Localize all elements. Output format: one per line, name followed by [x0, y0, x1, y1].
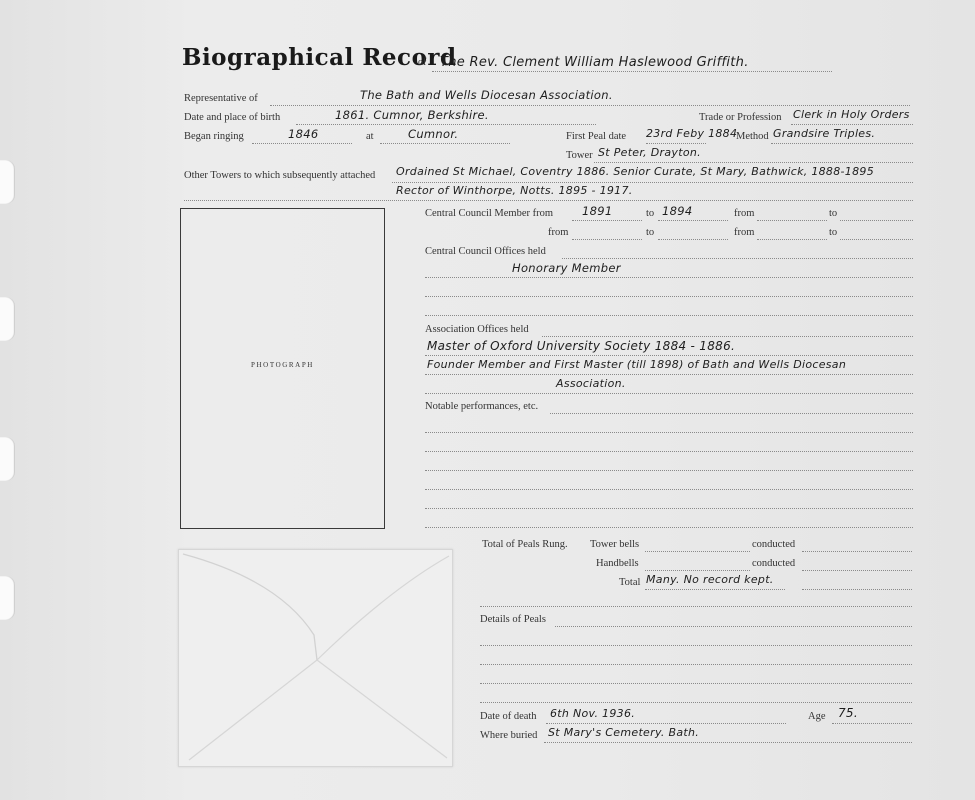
name-line	[432, 71, 832, 72]
total-label: Total	[619, 577, 640, 588]
total-line-2	[802, 589, 912, 590]
total-value: Many. No record kept.	[646, 573, 774, 586]
began-year: 1846	[288, 127, 318, 141]
method-value: Grandsire Triples.	[773, 127, 875, 140]
photograph-label: PHOTOGRAPH	[181, 361, 384, 369]
association-value-2: Founder Member and First Master (till 18…	[427, 358, 846, 371]
council-to-label-2: to	[829, 208, 837, 219]
birth-value: 1861. Cumnor, Berkshire.	[335, 108, 489, 122]
binder-hole	[0, 160, 15, 204]
notable-line	[425, 508, 913, 509]
notable-line	[425, 489, 913, 490]
first-peal-label: First Peal date	[566, 131, 626, 142]
date-of-death-line	[546, 723, 786, 724]
notable-line	[425, 470, 913, 471]
photo-envelope	[178, 549, 453, 767]
council-from-label-4: from	[734, 227, 754, 238]
where-buried-value: St Mary's Cemetery. Bath.	[548, 726, 699, 739]
council-to-label-4: to	[829, 227, 837, 238]
council-from-label-3: from	[548, 227, 568, 238]
association-value-1: Master of Oxford University Society 1884…	[427, 339, 735, 353]
notable-line	[550, 413, 913, 414]
date-of-death-label: Date of death	[480, 711, 537, 722]
first-peal-date: 23rd Feby 1884	[646, 127, 737, 140]
council-from-line-3	[572, 239, 642, 240]
association-offices-label: Association Offices held	[425, 324, 529, 335]
peals-line	[480, 606, 912, 607]
association-value-3: Association.	[556, 377, 626, 390]
photograph-box: PHOTOGRAPH	[180, 208, 385, 529]
council-to-label-1: to	[646, 208, 654, 219]
other-towers-value-2: Rector of Winthorpe, Notts. 1895 - 1917.	[396, 184, 633, 197]
council-from-line-1	[572, 220, 642, 221]
representative-line	[270, 105, 910, 106]
tower-bells-conducted-line	[802, 551, 912, 552]
details-line	[480, 683, 912, 684]
representative-label: Representative of	[184, 93, 258, 104]
representative-value: The Bath and Wells Diocesan Association.	[360, 88, 613, 102]
notable-label: Notable performances, etc.	[425, 401, 538, 412]
other-towers-value-1: Ordained St Michael, Coventry 1886. Seni…	[396, 165, 874, 178]
where-buried-line	[544, 742, 912, 743]
envelope-flap-icon	[179, 550, 452, 766]
notable-line	[425, 432, 913, 433]
council-offices-line-4	[425, 315, 913, 316]
notable-line	[425, 451, 913, 452]
council-from-line-2	[757, 220, 827, 221]
council-member-label: Central Council Member from	[425, 208, 553, 219]
birth-line	[296, 124, 596, 125]
tower-bells-line	[645, 551, 750, 552]
method-label: Method	[736, 131, 769, 142]
age-value: 75.	[838, 706, 858, 720]
date-of-death-value: 6th Nov. 1936.	[550, 707, 635, 720]
council-offices-line-2	[425, 277, 913, 278]
notable-line	[425, 527, 913, 528]
association-line-3	[425, 374, 913, 375]
handbells-conducted-label: conducted	[752, 558, 795, 569]
council-from-1: 1891	[582, 204, 612, 218]
association-line-1	[542, 336, 913, 337]
council-to-line-1	[658, 220, 728, 221]
council-offices-value: Honorary Member	[512, 261, 621, 275]
council-to-line-2	[840, 220, 913, 221]
council-to-1: 1894	[662, 204, 692, 218]
details-line	[480, 664, 912, 665]
details-of-peals-label: Details of Peals	[480, 614, 546, 625]
age-line	[832, 723, 912, 724]
handbells-conducted-line	[802, 570, 912, 571]
details-line	[480, 645, 912, 646]
handbells-label: Handbells	[596, 558, 639, 569]
age-label: Age	[808, 711, 826, 722]
council-from-label-2: from	[734, 208, 754, 219]
binder-hole	[0, 297, 15, 341]
began-place-line	[380, 143, 510, 144]
first-peal-line	[646, 143, 706, 144]
trade-value: Clerk in Holy Orders	[793, 108, 910, 121]
where-buried-label: Where buried	[480, 730, 537, 741]
of-label: of	[418, 57, 426, 68]
tower-label: Tower	[566, 150, 593, 161]
tower-line	[594, 162, 913, 163]
trade-line	[791, 124, 913, 125]
began-ringing-label: Began ringing	[184, 131, 244, 142]
record-page: Biographical Record of The Rev. Clement …	[0, 0, 975, 800]
tower-bells-label: Tower bells	[590, 539, 639, 550]
at-label: at	[366, 131, 374, 142]
council-from-line-4	[757, 239, 827, 240]
binder-hole	[0, 576, 15, 620]
total-peals-label: Total of Peals Rung.	[482, 539, 568, 550]
birth-label: Date and place of birth	[184, 112, 280, 123]
other-towers-label: Other Towers to which subsequently attac…	[184, 170, 375, 181]
binder-hole	[0, 437, 15, 481]
council-to-label-3: to	[646, 227, 654, 238]
association-line-2	[425, 355, 913, 356]
council-offices-label: Central Council Offices held	[425, 246, 546, 257]
council-to-line-3	[658, 239, 728, 240]
association-line-4	[425, 393, 913, 394]
page-title: Biographical Record	[182, 44, 457, 71]
other-towers-line-2	[184, 200, 913, 201]
council-offices-line-3	[425, 296, 913, 297]
began-place: Cumnor.	[408, 127, 458, 141]
council-offices-line-1	[562, 258, 913, 259]
details-line	[480, 702, 912, 703]
method-line	[771, 143, 913, 144]
handbells-line	[645, 570, 750, 571]
subject-name: The Rev. Clement William Haslewood Griff…	[440, 55, 749, 70]
total-line	[645, 589, 785, 590]
trade-label: Trade or Profession	[699, 112, 781, 123]
tower-bells-conducted-label: conducted	[752, 539, 795, 550]
council-to-line-4	[840, 239, 913, 240]
details-line	[555, 626, 912, 627]
began-year-line	[252, 143, 352, 144]
tower-value: St Peter, Drayton.	[598, 146, 701, 159]
other-towers-line-1	[392, 182, 913, 183]
